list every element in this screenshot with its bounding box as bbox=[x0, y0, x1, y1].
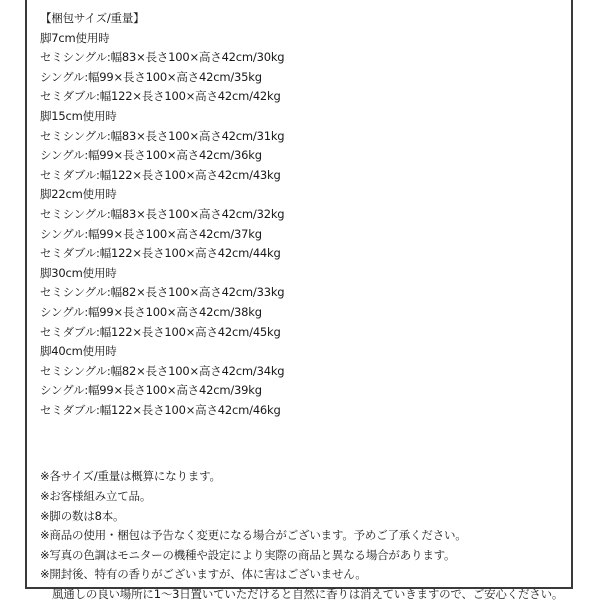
size-row-single: シングル:幅99×長さ100×高さ42cm/39kg bbox=[40, 381, 565, 401]
leg-group-40cm: 脚40cm使用時 セミシングル:幅82×長さ100×高さ42cm/34kg シン… bbox=[40, 342, 565, 420]
note-assembly: ※お客様組み立て品。 bbox=[40, 487, 565, 507]
leg-group-heading: 脚40cm使用時 bbox=[40, 342, 565, 362]
size-row-semi-single: セミシングル:幅83×長さ100×高さ42cm/31kg bbox=[40, 127, 565, 147]
spec-content: 【梱包サイズ/重量】 脚7cm使用時 セミシングル:幅83×長さ100×高さ42… bbox=[40, 9, 565, 602]
leg-group-15cm: 脚15cm使用時 セミシングル:幅83×長さ100×高さ42cm/31kg シン… bbox=[40, 107, 565, 185]
section-title: 【梱包サイズ/重量】 bbox=[40, 9, 565, 29]
size-row-semi-single: セミシングル:幅83×長さ100×高さ42cm/32kg bbox=[40, 205, 565, 225]
size-row-semi-single: セミシングル:幅82×長さ100×高さ42cm/33kg bbox=[40, 283, 565, 303]
note-spec-change: ※商品の使用・梱包は予告なく変更になる場合がございます。予めご了承ください。 bbox=[40, 526, 565, 546]
leg-group-heading: 脚15cm使用時 bbox=[40, 107, 565, 127]
note-approximate: ※各サイズ/重量は概算になります。 bbox=[40, 467, 565, 487]
note-photo-color: ※写真の色調はモニターの機種や設定により実際の商品と異なる場合があります。 bbox=[40, 546, 565, 566]
size-row-semi-single: セミシングル:幅82×長さ100×高さ42cm/34kg bbox=[40, 362, 565, 382]
leg-group-7cm: 脚7cm使用時 セミシングル:幅83×長さ100×高さ42cm/30kg シング… bbox=[40, 29, 565, 107]
size-row-semi-double: セミダブル:幅122×長さ100×高さ42cm/43kg bbox=[40, 166, 565, 186]
size-row-single: シングル:幅99×長さ100×高さ42cm/37kg bbox=[40, 225, 565, 245]
leg-group-22cm: 脚22cm使用時 セミシングル:幅83×長さ100×高さ42cm/32kg シン… bbox=[40, 185, 565, 263]
notes-list: ※各サイズ/重量は概算になります。 ※お客様組み立て品。 ※脚の数は8本。 ※商… bbox=[40, 467, 565, 602]
section-spacer bbox=[40, 420, 565, 467]
size-row-semi-double: セミダブル:幅122×長さ100×高さ42cm/45kg bbox=[40, 323, 565, 343]
note-odor-continued: 風通しの良い場所に1～3日置いていただけると自然に香りは消えていきますので、ご安… bbox=[40, 585, 565, 602]
leg-group-heading: 脚30cm使用時 bbox=[40, 264, 565, 284]
note-leg-count: ※脚の数は8本。 bbox=[40, 507, 565, 527]
leg-group-heading: 脚7cm使用時 bbox=[40, 29, 565, 49]
size-row-single: シングル:幅99×長さ100×高さ42cm/35kg bbox=[40, 68, 565, 88]
size-row-semi-single: セミシングル:幅83×長さ100×高さ42cm/30kg bbox=[40, 48, 565, 68]
note-odor: ※開封後、特有の香りがございますが、体に害はございません。 bbox=[40, 565, 565, 585]
size-row-semi-double: セミダブル:幅122×長さ100×高さ42cm/44kg bbox=[40, 244, 565, 264]
size-row-single: シングル:幅99×長さ100×高さ42cm/36kg bbox=[40, 146, 565, 166]
size-row-semi-double: セミダブル:幅122×長さ100×高さ42cm/42kg bbox=[40, 87, 565, 107]
size-row-semi-double: セミダブル:幅122×長さ100×高さ42cm/46kg bbox=[40, 401, 565, 421]
size-row-single: シングル:幅99×長さ100×高さ42cm/38kg bbox=[40, 303, 565, 323]
leg-group-heading: 脚22cm使用時 bbox=[40, 185, 565, 205]
leg-group-30cm: 脚30cm使用時 セミシングル:幅82×長さ100×高さ42cm/33kg シン… bbox=[40, 264, 565, 342]
